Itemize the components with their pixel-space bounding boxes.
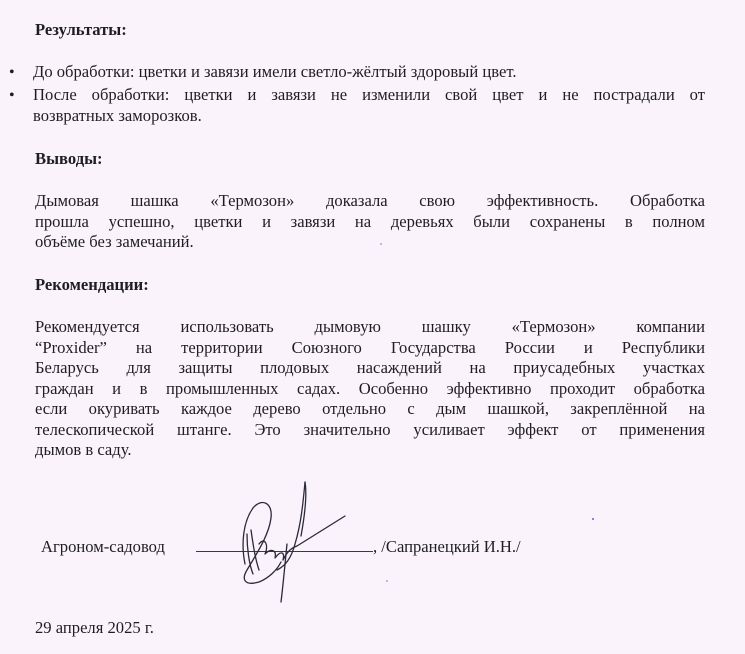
recommendations-heading: Рекомендации: <box>35 275 149 295</box>
conclusions-heading: Выводы: <box>35 149 103 169</box>
recommendations-line-1: Рекомендуется использовать дымовую шашку… <box>35 317 705 337</box>
recommendations-line-7: дымов в саду. <box>35 440 132 460</box>
scan-speck <box>592 518 594 520</box>
results-bullet-2-line-1: После обработки: цветки и завязи не изме… <box>33 85 705 105</box>
results-bullet-2-line-2: возвратных заморозков. <box>33 106 202 126</box>
recommendations-line-6: телескопической штанге. Это значительно … <box>35 420 705 440</box>
bullet-icon: • <box>9 63 15 83</box>
recommendations-line-4: граждан и в промышленных садах. Особенно… <box>35 379 705 399</box>
recommendations-line-5: если окуривать каждое дерево отдельно с … <box>35 399 705 419</box>
signer-position: Агроном-садовод <box>41 537 165 557</box>
recommendations-line-2: “Proxider” на территории Союзного Госуда… <box>35 338 705 358</box>
results-heading: Результаты: <box>35 20 127 40</box>
conclusions-line-1: Дымовая шашка «Термозон» доказала свою э… <box>35 191 705 211</box>
document-date: 29 апреля 2025 г. <box>35 618 154 638</box>
document-page: Результаты: • До обработки: цветки и зав… <box>0 0 745 654</box>
scan-speck <box>386 580 388 582</box>
signer-name: , /Сапранецкий И.Н./ <box>373 537 521 557</box>
recommendations-line-3: Беларусь для защиты плодовых насаждений … <box>35 358 705 378</box>
results-bullet-1: До обработки: цветки и завязи имели свет… <box>33 62 517 82</box>
handwritten-signature <box>225 474 355 604</box>
scan-speck <box>380 243 382 245</box>
bullet-icon: • <box>9 86 15 106</box>
conclusions-line-3: объёме без замечаний. <box>35 232 194 252</box>
conclusions-line-2: прошла успешно, цветки и завязи на дерев… <box>35 212 705 232</box>
